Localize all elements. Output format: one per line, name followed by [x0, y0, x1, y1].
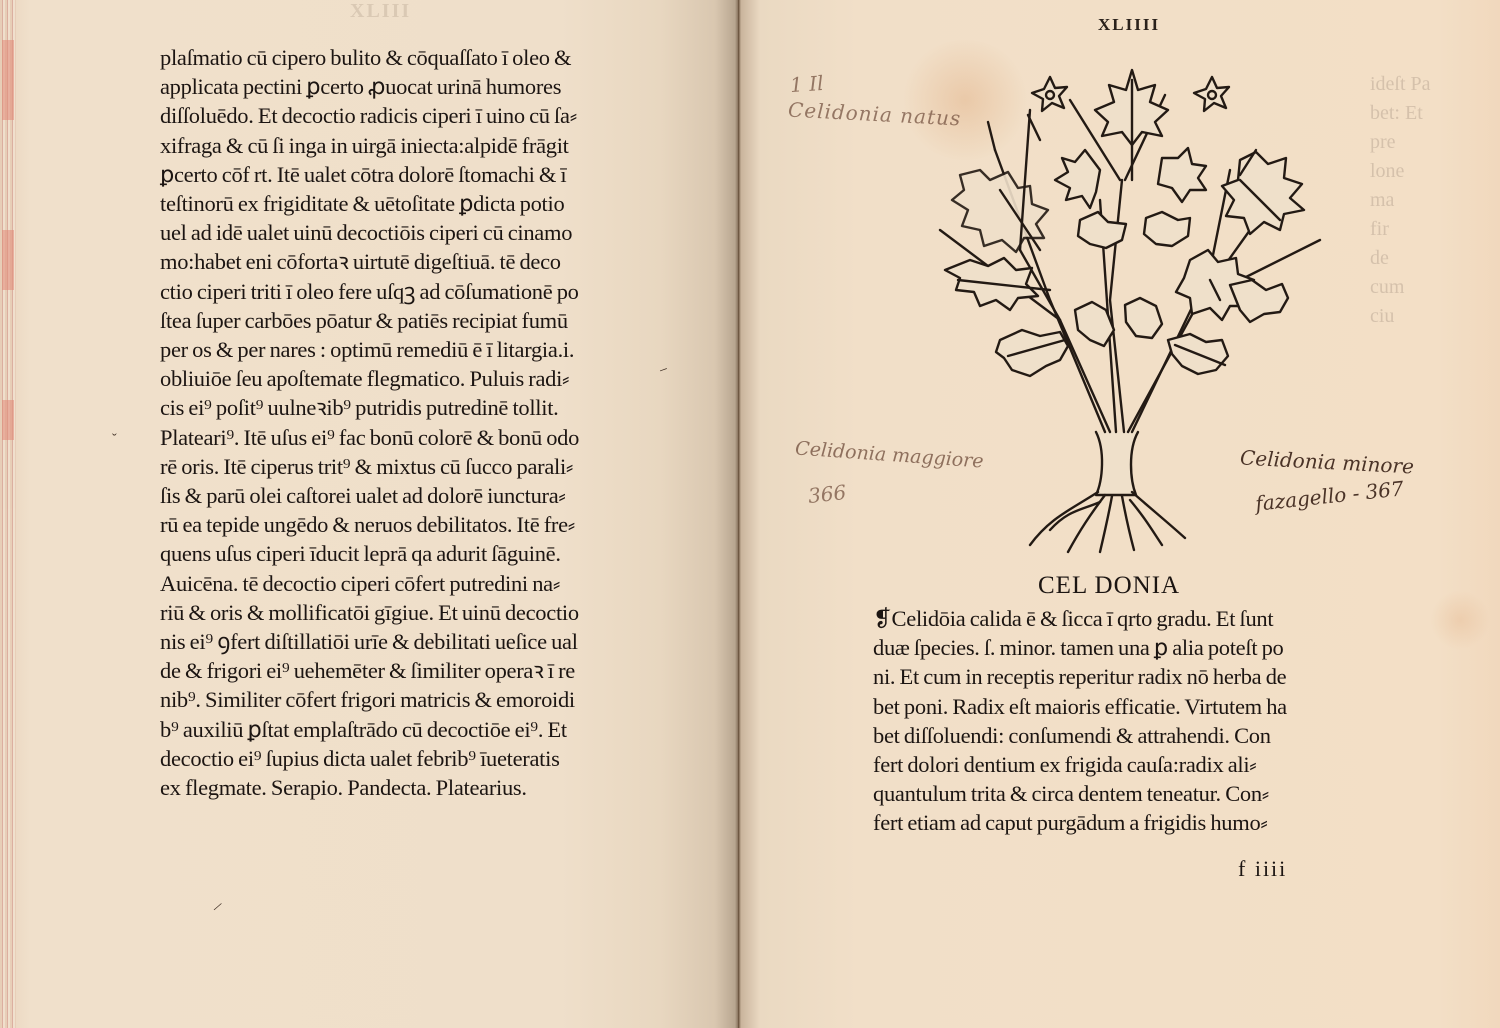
bleed-through-folio: XLIII [350, 0, 411, 23]
handwritten-number: 366 [807, 480, 847, 508]
ghost-line: ma [1370, 186, 1500, 215]
text-line: fert etiam ad caput purgādum a frigidis … [873, 808, 1373, 837]
ghost-line: fir [1370, 215, 1500, 244]
text-line: applicata pectini ꝑcerto ꝓuocat urinā hu… [160, 72, 660, 101]
left-page-text: plaſmatio cū cipero bulito & cōquaſſato … [160, 43, 660, 802]
text-line: Plateari⁹. Itē uſus ei⁹ fac bonū colorē … [160, 423, 660, 452]
text-line: teſtinorū ex frigiditate & uētoſitate ꝑd… [160, 189, 660, 218]
ghost-line: lone [1370, 157, 1500, 186]
ghost-line: bet: Et [1370, 99, 1500, 128]
entry-heading: CEL DONIA [1038, 572, 1180, 600]
text-line: obliuiōe ſeu apoſtemate flegmatico. Pulu… [160, 364, 660, 393]
right-page-text: ❡Celidōia calida ē & ſicca ī qrto gradu.… [873, 604, 1373, 838]
handwritten-number: 1 Il [789, 71, 824, 97]
text-line: riū & oris & mollificatōi gīgiue. Et uin… [160, 598, 660, 627]
text-line: ❡Celidōia calida ē & ſicca ī qrto gradu.… [873, 604, 1373, 633]
text-line: b⁹ auxiliū ꝑſtat emplaſtrādo cū decoctiō… [160, 715, 660, 744]
text-line: bet diſſoluendi: conſumendi & attrahendi… [873, 721, 1373, 750]
text-line: duæ ſpecies. ſ. minor. tamen una ꝑ alia … [873, 633, 1373, 662]
text-line: mo:habet eni cōfortaꝛ uirtutē digeſtiuā.… [160, 247, 660, 276]
text-line: decoctio ei⁹ ſupius dicta ualet febrib⁹ … [160, 744, 660, 773]
bleed-through-text: ideſt Pa bet: Et pre lone ma fir de cum … [1370, 70, 1500, 331]
ghost-line: ideſt Pa [1370, 70, 1500, 99]
text-line: quens uſus ciperi īducit leprā qa adurit… [160, 539, 660, 568]
text-line: de & frigori ei⁹ uehemēter & ſimiliter o… [160, 656, 660, 685]
text-line: cis ei⁹ poſit⁹ uulneꝛib⁹ putridis putred… [160, 393, 660, 422]
page-edge [0, 0, 16, 1028]
text-line: Auicēna. tē decoctio ciperi cōfert putre… [160, 569, 660, 598]
text-line: nib⁹. Similiter cōfert frigori matricis … [160, 685, 660, 714]
text-line: plaſmatio cū cipero bulito & cōquaſſato … [160, 43, 660, 72]
text-line: rū ea tepide ungēdo & neruos debilitatos… [160, 510, 660, 539]
ghost-line: pre [1370, 128, 1500, 157]
text-line: rē oris. Itē ciperus trit⁹ & mixtus cū ſ… [160, 452, 660, 481]
ghost-line: cum [1370, 273, 1500, 302]
text-line: fert dolori dentium ex frigida cauſa:rad… [873, 750, 1373, 779]
text-line: ctio ciperi triti ī oleo fere uſqꝫ ad cō… [160, 277, 660, 306]
book-spread: XLIII ˇ / – plaſmatio cū cipero bulito &… [0, 0, 1500, 1028]
running-head-folio: XLIIII [1098, 15, 1160, 35]
ghost-line: de [1370, 244, 1500, 273]
text-line: nis ei⁹ ꝯfert diſtillatiōi urīe & debili… [160, 627, 660, 656]
ink-speck: / [211, 900, 222, 916]
text-line: ni. Et cum in receptis reperitur radix n… [873, 662, 1373, 691]
text-line: uel ad idē ualet uinū decoctiōis ciperi … [160, 218, 660, 247]
ghost-line: ciu [1370, 302, 1500, 331]
text-line: quantulum trita & circa dentem teneatur.… [873, 779, 1373, 808]
text-line: ꝑcerto cōf rt. Itē ualet cōtra dolorē ſt… [160, 160, 660, 189]
text-line: ex flegmate. Serapio. Pandecta. Plateari… [160, 773, 660, 802]
text-line: ſis & parū olei caſtorei ualet ad dolorē… [160, 481, 660, 510]
signature-mark: f iiii [1238, 856, 1287, 882]
left-page: XLIII ˇ / – plaſmatio cū cipero bulito &… [0, 0, 738, 1028]
foxing-stain [1430, 590, 1490, 650]
text-line: bet poni. Radix eſt maioris efficatie. V… [873, 692, 1373, 721]
ink-speck: ˇ [112, 432, 117, 448]
text-line: per os & per nares : optimū remediū ē ī … [160, 335, 660, 364]
text-line: xifraga & cū ſi inga in uirgā iniecta:al… [160, 131, 660, 160]
text-line: diſſoluēdo. Et decoctio radicis ciperi ī… [160, 101, 660, 130]
text-line: ſtea ſuper carbōes pōatur & patiēs recip… [160, 306, 660, 335]
